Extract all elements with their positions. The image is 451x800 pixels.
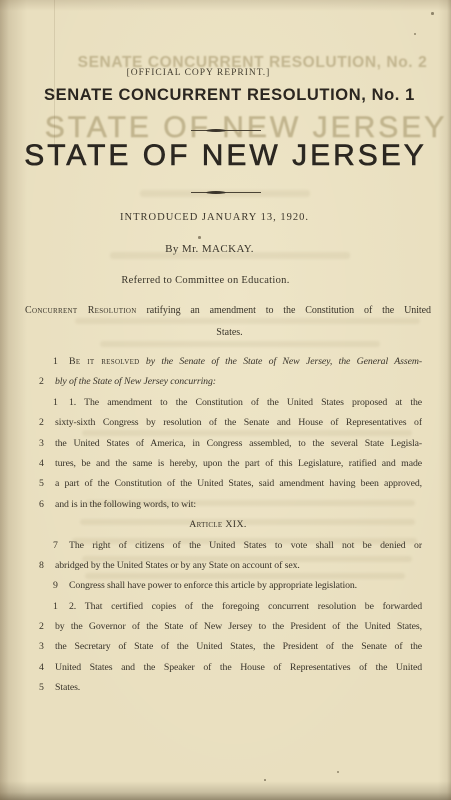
state-title: STATE OF NEW JERSEY (0, 139, 451, 173)
resolution-line: 3 the Secretary of State of the United S… (36, 637, 422, 657)
resolution-line: 8 abridged by the United States or by an… (36, 556, 422, 576)
committee-referral-line: Referred to Committee on Education. (0, 275, 431, 286)
ink-speck (198, 236, 201, 239)
resolution-line: 5 a part of the Constitution of the Unit… (36, 474, 422, 494)
resolution-line: 2 bly of the State of New Jersey concurr… (36, 372, 422, 392)
resolution-line: 2 sixty-sixth Congress by resolution of … (36, 413, 422, 433)
synopsis-rest: ratifying an amendment to the Constituti… (137, 305, 431, 316)
resolution-line: 4 United States and the Speaker of the H… (36, 658, 422, 678)
line-text: 2. That certified copies of the foregoin… (69, 601, 422, 612)
article-heading: Article XIX. (25, 515, 411, 535)
resolved-lead: Be it resolved (69, 356, 140, 367)
sponsor-line: By Mr. MACKAY. (0, 243, 435, 255)
line-number: 5 (39, 474, 53, 494)
line-number: 8 (39, 556, 53, 576)
line-number: 7 (39, 536, 53, 556)
line-text: tures, be and the same is hereby, upon t… (55, 458, 422, 469)
line-text: sixty-sixth Congress by resolution of th… (55, 417, 422, 428)
resolved-rest: by the Senate of the State of New Jersey… (140, 356, 422, 367)
line-text: abridged by the United States or by any … (55, 560, 300, 571)
line-number: 1 (39, 352, 53, 372)
synopsis-lead: Concurrent Resolution (25, 305, 137, 316)
official-copy-label: [OFFICIAL COPY REPRINT.] (0, 68, 424, 78)
resolution-line: 9 Congress shall have power to enforce t… (36, 576, 422, 596)
document-page-scan: SENATE CONCURRENT RESOLUTION, No. 2 STAT… (0, 0, 451, 800)
line-text: the Secretary of State of the United Sta… (55, 641, 422, 652)
line-text: Congress shall have power to enforce thi… (69, 580, 357, 591)
line-number: 4 (39, 454, 53, 474)
ghost-line-bar (100, 341, 380, 347)
resolution-line: 1 Be it resolved by the Senate of the St… (36, 352, 422, 372)
resolution-line: 5 States. (36, 678, 422, 698)
resolution-line: 1 2. That certified copies of the forego… (36, 597, 422, 617)
line-number: 2 (39, 372, 53, 392)
line-number: 2 (39, 413, 53, 433)
line-number: 1 (39, 597, 53, 617)
line-number: 4 (39, 658, 53, 678)
divider-rule (191, 129, 261, 132)
line-number: 9 (39, 576, 53, 596)
line-text: the United States of America, in Congres… (55, 438, 422, 449)
resolution-line: 2 by the Governor of the State of New Je… (36, 617, 422, 637)
line-number: 3 (39, 434, 53, 454)
divider-rule (191, 191, 261, 194)
line-text: United States and the Speaker of the Hou… (55, 662, 422, 673)
line-number: 3 (39, 637, 53, 657)
line-text: a part of the Constitution of the United… (55, 478, 422, 489)
ink-speck (264, 779, 266, 781)
line-number: 1 (39, 393, 53, 413)
resolution-line: 1 1. The amendment to the Constitution o… (36, 393, 422, 413)
resolution-line: 4 tures, be and the same is hereby, upon… (36, 454, 422, 474)
ink-speck (337, 771, 339, 773)
introduced-date-line: INTRODUCED JANUARY 13, 1920. (0, 212, 440, 223)
line-text: 1. The amendment to the Constitution of … (69, 397, 422, 408)
resolution-body: 1 Be it resolved by the Senate of the St… (36, 352, 422, 699)
line-text: and is in the following words, to wit: (55, 499, 196, 510)
article-heading-lead: Article (189, 519, 222, 530)
line-text: States. (55, 682, 80, 693)
line-text: bly of the State of New Jersey concurrin… (55, 376, 216, 387)
synopsis-line-1: Concurrent Resolution ratifying an amend… (25, 305, 431, 320)
resolution-line: 6 and is in the following words, to wit: (36, 495, 422, 515)
ink-speck (431, 12, 434, 15)
line-number: 2 (39, 617, 53, 637)
line-text: by the Governor of the State of New Jers… (55, 621, 422, 632)
line-number: 5 (39, 678, 53, 698)
doc-title: SENATE CONCURRENT RESOLUTION, No. 1 (4, 86, 451, 105)
line-text: Be it resolved by the Senate of the Stat… (69, 356, 422, 367)
line-text: The right of citizens of the United Stat… (69, 540, 422, 551)
synopsis-line-2: States. (4, 327, 451, 338)
resolution-line: 3 the United States of America, in Congr… (36, 434, 422, 454)
ink-speck (414, 33, 416, 35)
article-heading-rest: XIX. (222, 519, 246, 530)
line-number: 6 (39, 495, 53, 515)
resolution-line: 7 The right of citizens of the United St… (36, 536, 422, 556)
